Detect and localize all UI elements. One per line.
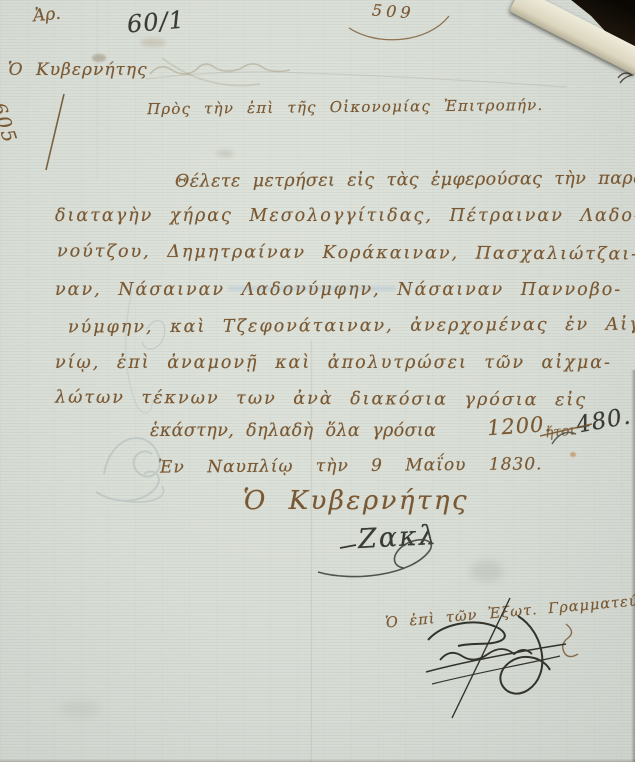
corner-shadow xyxy=(525,0,635,72)
secretary-flourish xyxy=(563,624,578,657)
fold-crease xyxy=(96,0,99,180)
body-line: διαταγὴν χήρας Μεσολογγίτιδας, Πέτραιναν… xyxy=(55,206,635,226)
body-line: λώτων τέκνων των ἀνὰ διακόσια γρόσια εἰς xyxy=(55,388,587,411)
secretary-title: Ὁ ἐπὶ τῶν Ἐξωτ. Γραμματεύς xyxy=(385,593,635,632)
ghost-scribble xyxy=(150,64,290,74)
dateline: Ἐν Ναυπλίῳ τὴν 9 Μαΐου 1830. xyxy=(158,454,543,477)
document-page: Ἀρ. 60/1 509 605 Ὁ Κυβερνήτης Πρὸς τὴν ἐ… xyxy=(0,0,635,762)
body-line: ναν, Νάσαιναν Λαδονύμφην, Νάσαιναν Παννο… xyxy=(55,280,622,300)
ghost-scribble xyxy=(162,58,260,86)
secretary-signature xyxy=(500,616,550,694)
ghost-strike-line xyxy=(146,72,566,87)
foxing-spot xyxy=(570,452,576,457)
recipient-line: Πρὸς τὴν ἐπὶ τῆς Οἰκονομίας Ἐπιτροπήν. xyxy=(147,96,544,118)
secretary-signature xyxy=(432,656,560,684)
body-line: νούτζου, Δημητραίναν Κοράκαιναν, Πασχαλι… xyxy=(57,241,635,264)
docket-number: 60/1 xyxy=(126,6,186,39)
closing-line-text: ἑκάστην, δηλαδὴ ὅλα γρόσια xyxy=(150,421,436,441)
secretary-signature xyxy=(440,649,532,660)
body-line: νύμφην, καὶ Τζεφονάταιναν, ἀνερχομένας ἐ… xyxy=(68,314,635,337)
monogram-dash xyxy=(340,545,356,548)
docket-number-label: Ἀρ. xyxy=(32,4,62,27)
stain xyxy=(60,700,100,718)
body-line: νίῳ, ἐπὶ ἀναμονῇ καὶ ἀπολυτρώσει τῶν αἰχ… xyxy=(55,353,612,373)
ink-smudge xyxy=(140,38,166,47)
amount-struck: ἤτοι xyxy=(544,422,576,441)
amount-original: 1200. xyxy=(486,412,553,440)
secretary-signature xyxy=(426,644,566,672)
margin-note: 605 xyxy=(0,100,21,147)
folio-number: 509 xyxy=(371,1,415,23)
governor-monogram: Ζακλ xyxy=(357,520,438,555)
body-line: Θέλετε μετρήσει εἰς τὰς ἐμφερούσας τὴν π… xyxy=(175,168,635,192)
ink-smudge xyxy=(216,150,234,157)
page-fold xyxy=(509,0,635,75)
signature-title: Ὁ Κυβερνήτης xyxy=(243,486,469,516)
ink-blot xyxy=(618,73,632,83)
stain xyxy=(470,560,504,582)
sender-label: Ὁ Κυβερνήτης xyxy=(8,60,148,80)
margin-note-slash xyxy=(46,94,64,170)
